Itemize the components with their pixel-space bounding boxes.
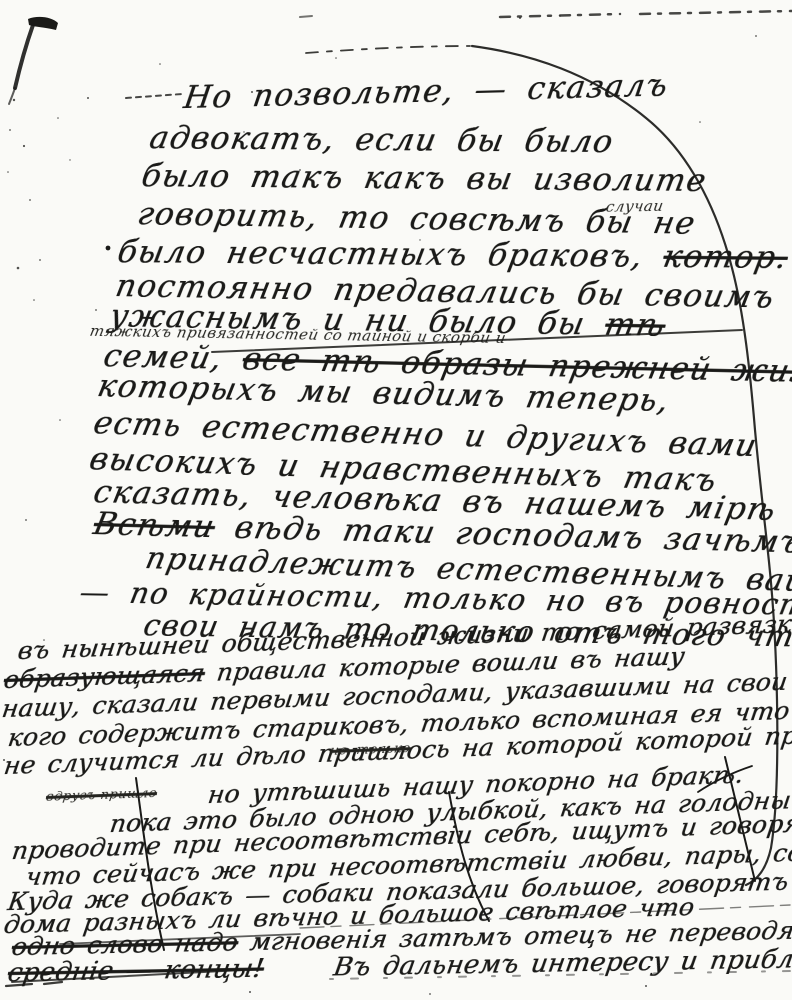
struck-text-segment: Всѣми [90, 506, 218, 545]
lead-in-dashes [126, 94, 182, 98]
text-segment: было такъ какъ вы изволите [139, 158, 710, 199]
interline-insertion: не, только [329, 741, 412, 759]
struck-text-segment: средніе — концы! [6, 953, 266, 988]
top-edge-scan-marks [300, 16, 312, 17]
struck-text-segment: котор. [660, 239, 791, 276]
bullet-dot [106, 246, 111, 251]
interline-insertion: случаи [605, 197, 665, 216]
struck-text-segment: тѣ [602, 307, 669, 344]
top-left-ink-blot [9, 17, 58, 104]
lead-in-dashes [306, 46, 470, 53]
text-segment: Но позвольте, — сказалъ [181, 67, 671, 116]
manuscript-page: Но позвольте, — сказалъадвокатъ, если бы… [0, 0, 792, 1000]
top-edge-scan-marks [500, 11, 792, 17]
manuscript-line: адвокатъ, если бы было [147, 120, 617, 160]
manuscript-line: было такъ какъ вы изволите [139, 158, 710, 199]
interline-insertion: вдругъ пришло [45, 786, 158, 805]
manuscript-line: Но позвольте, — сказалъ [181, 67, 671, 116]
text-segment: адвокатъ, если бы было [147, 120, 617, 160]
